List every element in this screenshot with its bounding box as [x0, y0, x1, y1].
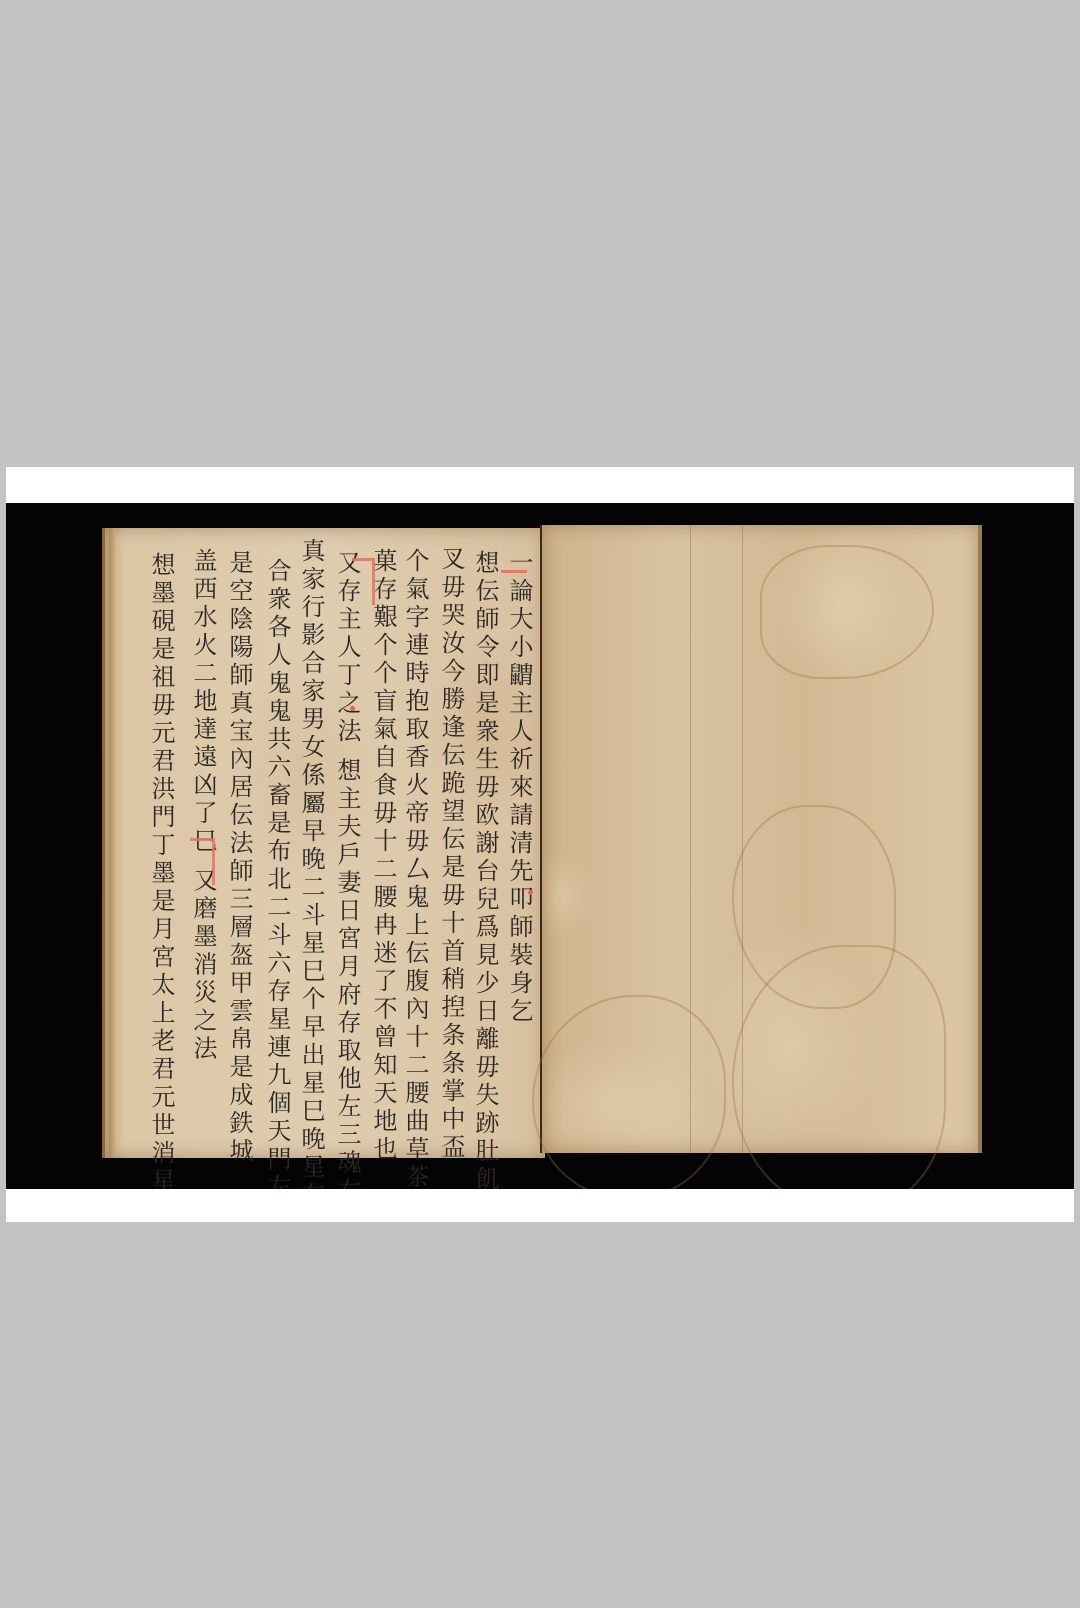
text-column-2: 想伝師令即是衆生毋欧謝台兒爲見少日離毋失跡肚飢 [473, 550, 497, 1189]
red-dot-mark [528, 890, 533, 895]
water-stain [532, 995, 726, 1189]
text-column-9: 是空陰陽師真宝內居伝法師三層盔甲雲帛是成鉄城 [227, 550, 251, 1166]
red-section-bracket [352, 558, 375, 605]
text-column-6: 又存主人丁之法 想主夫戶妻日宮月府存取他左三魂右七鬼 [335, 550, 359, 1189]
text-column-11: 想墨硯是祖毋元君洪門丁墨是月宮太上老君元世消星 [149, 552, 173, 1189]
red-rubric-mark [501, 570, 527, 573]
text-column-3: 叉毋哭汝今勝逢伝跪望伝是毋十首稍揑条条掌中盃 [439, 546, 463, 1162]
photo-background: 一論大小䶇主人祈來請清先叩師裝身乞 想伝師令即是衆生毋欧謝台兒爲見少日離毋失跡肚… [6, 503, 1074, 1189]
right-blank-page [540, 525, 982, 1153]
text-column-5: 菓存艱个个盲氣自食毋十二腰冉迷了不曾知天地也 [371, 548, 395, 1164]
water-stain [760, 545, 934, 679]
red-dot-mark [350, 706, 355, 711]
left-manuscript-page: 一論大小䶇主人祈來請清先叩師裝身乞 想伝師令即是衆生毋欧謝台兒爲見少日離毋失跡肚… [102, 528, 545, 1158]
red-section-bracket [190, 838, 215, 885]
text-column-7: 真家行影合家男女係屬早晚二斗星巳个早出星巳晚星存取 [299, 538, 323, 1189]
text-column-1: 一論大小䶇主人祈來請清先叩師裝身乞 [507, 550, 531, 1026]
text-column-10: 盖西水火二地達遠凶了巳 又磨墨消災之法 [191, 548, 215, 1064]
text-column-8: 合衆各人鬼鬼共六畜是布北二斗六存星連九個天門左边甲 [265, 558, 289, 1189]
text-column-4: 个氣字連時抱取香火帝毋厶鬼上伝腹內十二腰曲草茶油 [403, 548, 427, 1189]
